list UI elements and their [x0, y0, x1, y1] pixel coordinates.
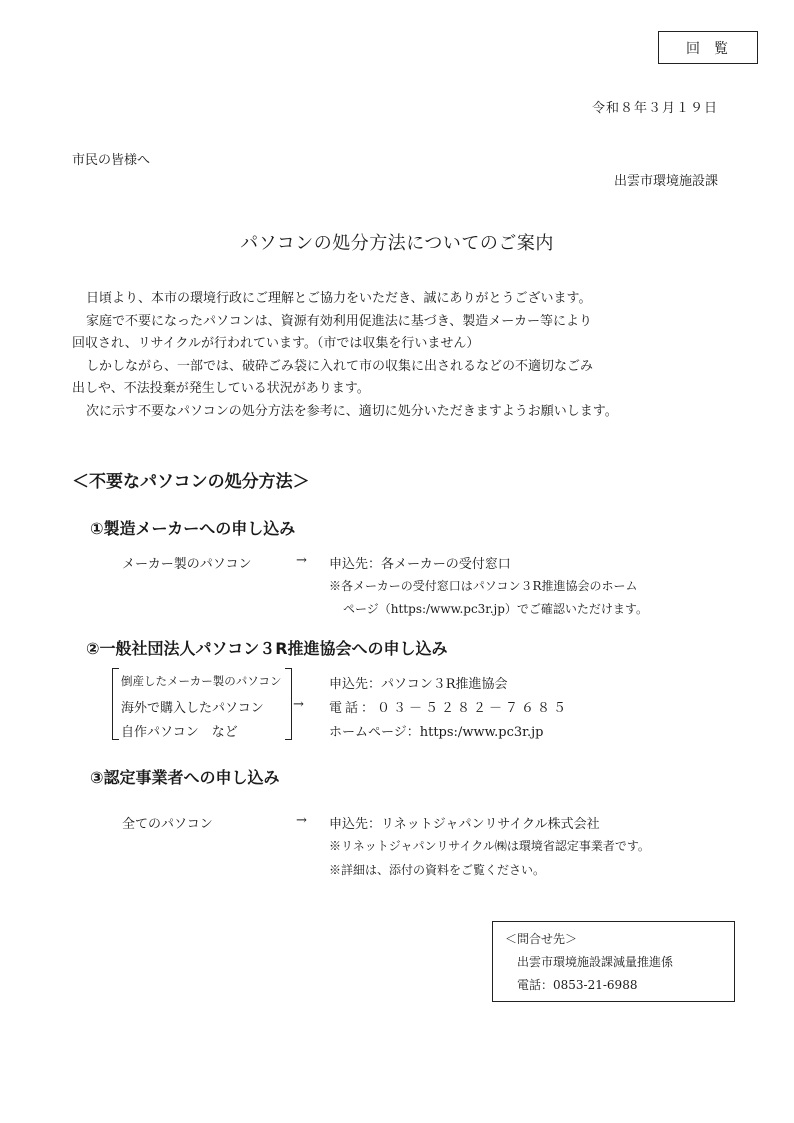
recipient: 市民の皆様へ: [72, 149, 150, 168]
method-3-heading: ③認定事業者への申し込み: [90, 765, 280, 788]
right-bracket: [285, 668, 292, 740]
left-bracket: [112, 668, 119, 740]
circulation-stamp: 回覧: [658, 31, 758, 64]
method-1-line-2: ※各メーカーの受付窓口はパソコン３R推進協会のホーム: [329, 577, 638, 594]
method-2-homepage: ホームページ：https:/www.pc3r.jp: [329, 721, 543, 740]
document-title: パソコンの処分方法についてのご案内: [0, 229, 794, 255]
contact-box: ＜問合せ先＞ 出雲市環境施設課減量推進係 電話：0853-21-6988: [492, 921, 735, 1002]
body-line: 回収され、リサイクルが行われています。（市では収集を行いません）: [72, 333, 732, 356]
method-2-heading: ②一般社団法人パソコン３R推進協会への申し込み: [86, 636, 448, 659]
method-2-phone: 電話：０３－５２８２－７６８５: [329, 697, 569, 716]
body-line: 次に示す不要なパソコンの処分方法を参考に、適切に処分いただきますようお願いします…: [72, 401, 732, 424]
method-1-line-3: ページ（https:/www.pc3r.jp）でご確認いただけます。: [343, 600, 648, 617]
contact-department: 出雲市環境施設課減量推進係: [505, 951, 734, 974]
contact-phone: 電話：0853-21-6988: [505, 974, 734, 997]
circulation-stamp-label: 回覧: [686, 38, 742, 58]
methods-heading: ＜不要なパソコンの処分方法＞: [72, 467, 310, 492]
arrow-icon: →: [296, 553, 307, 568]
method-3-line-2: ※リネットジャパンリサイクル㈱は環境省認定事業者です。: [329, 837, 650, 854]
body-line: しかしながら、一部では、破砕ごみ袋に入れて市の収集に出されるなどの不適切なごみ: [72, 356, 732, 379]
body-line: 出しや、不法投棄が発生している状況があります。: [72, 378, 732, 401]
sender: 出雲市環境施設課: [614, 170, 718, 189]
document-date: 令和８年３月１９日: [592, 97, 718, 116]
intro-body: 日頃より、本市の環境行政にご理解とご協力をいただき、誠にありがとうございます。 …: [72, 288, 732, 423]
arrow-icon: →: [293, 697, 304, 712]
method-1-heading: ①製造メーカーへの申し込み: [90, 516, 295, 539]
contact-label: ＜問合せ先＞: [505, 928, 734, 951]
method-3-line-3: ※詳細は、添付の資料をご覧ください。: [329, 861, 545, 878]
body-line: 日頃より、本市の環境行政にご理解とご協力をいただき、誠にありがとうございます。: [72, 288, 732, 311]
method-1-line-1: 申込先：各メーカーの受付窓口: [329, 553, 511, 572]
method-1-target: メーカー製のパソコン: [122, 553, 251, 572]
method-3-target: 全てのパソコン: [122, 813, 213, 832]
method-2-target-1: 倒産したメーカー製のパソコン: [121, 673, 282, 689]
method-3-line-1: 申込先：リネットジャパンリサイクル株式会社: [329, 813, 600, 832]
method-2-line-1: 申込先：パソコン３R推進協会: [329, 673, 508, 692]
arrow-icon: →: [296, 813, 307, 828]
body-line: 家庭で不要になったパソコンは、資源有効利用促進法に基づき、製造メーカー等により: [72, 311, 732, 334]
method-2-target-3: 自作パソコン など: [121, 721, 238, 740]
method-2-target-2: 海外で購入したパソコン: [121, 697, 264, 716]
